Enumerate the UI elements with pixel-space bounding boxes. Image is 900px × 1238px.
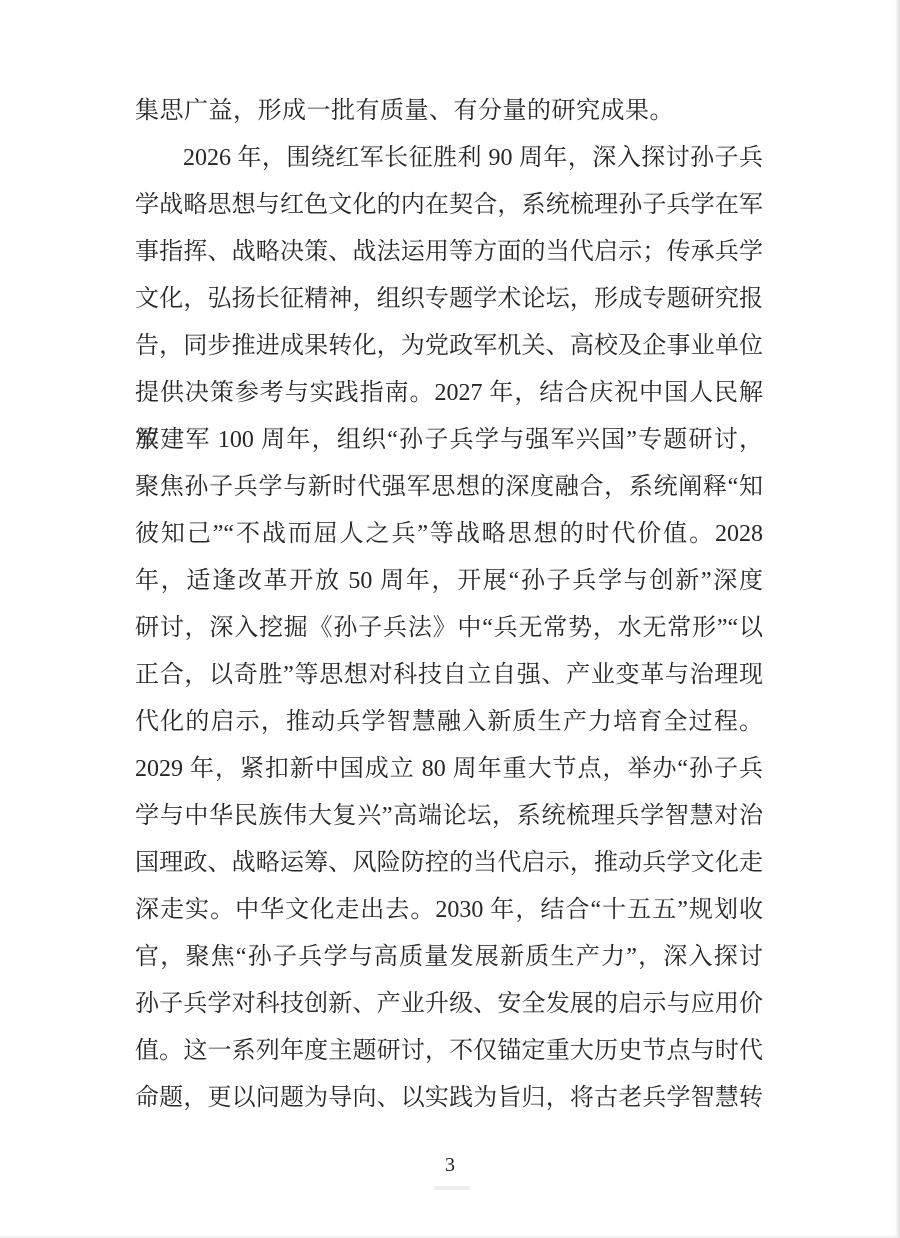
text-line: 深走实。中华文化走出去。2030 年，结合“十五五”规划收 — [135, 887, 763, 934]
text-line: 告，同步推进成果转化，为党政军机关、高校及企事业单位 — [135, 323, 763, 370]
scan-artifact — [434, 1186, 470, 1190]
text-line: 彼知己”“不战而屈人之兵”等战略思想的时代价值。2028 — [135, 511, 763, 558]
text-line: 提供决策参考与实践指南。2027 年，结合庆祝中国人民解放 — [135, 370, 763, 417]
text-line: 学战略思想与红色文化的内在契合，系统梳理孙子兵学在军 — [135, 182, 763, 229]
page-number: 3 — [0, 1154, 900, 1177]
body-text-block: 集思广益，形成一批有质量、有分量的研究成果。2026 年，围绕红军长征胜利 90… — [135, 88, 763, 1122]
text-line: 集思广益，形成一批有质量、有分量的研究成果。 — [135, 88, 763, 135]
text-line: 2026 年，围绕红军长征胜利 90 周年，深入探讨孙子兵 — [135, 135, 763, 182]
text-line: 研讨，深入挖掘《孙子兵法》中“兵无常势，水无常形”“以 — [135, 605, 763, 652]
text-line: 2029 年，紧扣新中国成立 80 周年重大节点，举办“孙子兵 — [135, 746, 763, 793]
text-line: 事指挥、战略决策、战法运用等方面的当代启示；传承兵学 — [135, 229, 763, 276]
text-line: 聚焦孙子兵学与新时代强军思想的深度融合，系统阐释“知 — [135, 464, 763, 511]
text-line: 命题，更以问题为导向、以实践为旨归，将古老兵学智慧转 — [135, 1075, 763, 1122]
text-line: 国理政、战略运筹、风险防控的当代启示，推动兵学文化走 — [135, 840, 763, 887]
text-line: 孙子兵学对科技创新、产业升级、安全发展的启示与应用价 — [135, 981, 763, 1028]
text-line: 学与中华民族伟大复兴”高端论坛，系统梳理兵学智慧对治 — [135, 793, 763, 840]
text-line: 文化，弘扬长征精神，组织专题学术论坛，形成专题研究报 — [135, 276, 763, 323]
text-line: 年，适逢改革开放 50 周年，开展“孙子兵学与创新”深度 — [135, 558, 763, 605]
text-line: 代化的启示，推动兵学智慧融入新质生产力培育全过程。 — [135, 699, 763, 746]
text-line: 值。这一系列年度主题研讨，不仅锚定重大历史节点与时代 — [135, 1028, 763, 1075]
text-line: 正合，以奇胜”等思想对科技自立自强、产业变革与治理现 — [135, 652, 763, 699]
page-right-edge-shadow — [895, 0, 900, 1238]
document-page: 集思广益，形成一批有质量、有分量的研究成果。2026 年，围绕红军长征胜利 90… — [0, 0, 900, 1238]
text-line: 军建军 100 周年，组织“孙子兵学与强军兴国”专题研讨， — [135, 417, 763, 464]
text-line: 官，聚焦“孙子兵学与高质量发展新质生产力”，深入探讨 — [135, 934, 763, 981]
